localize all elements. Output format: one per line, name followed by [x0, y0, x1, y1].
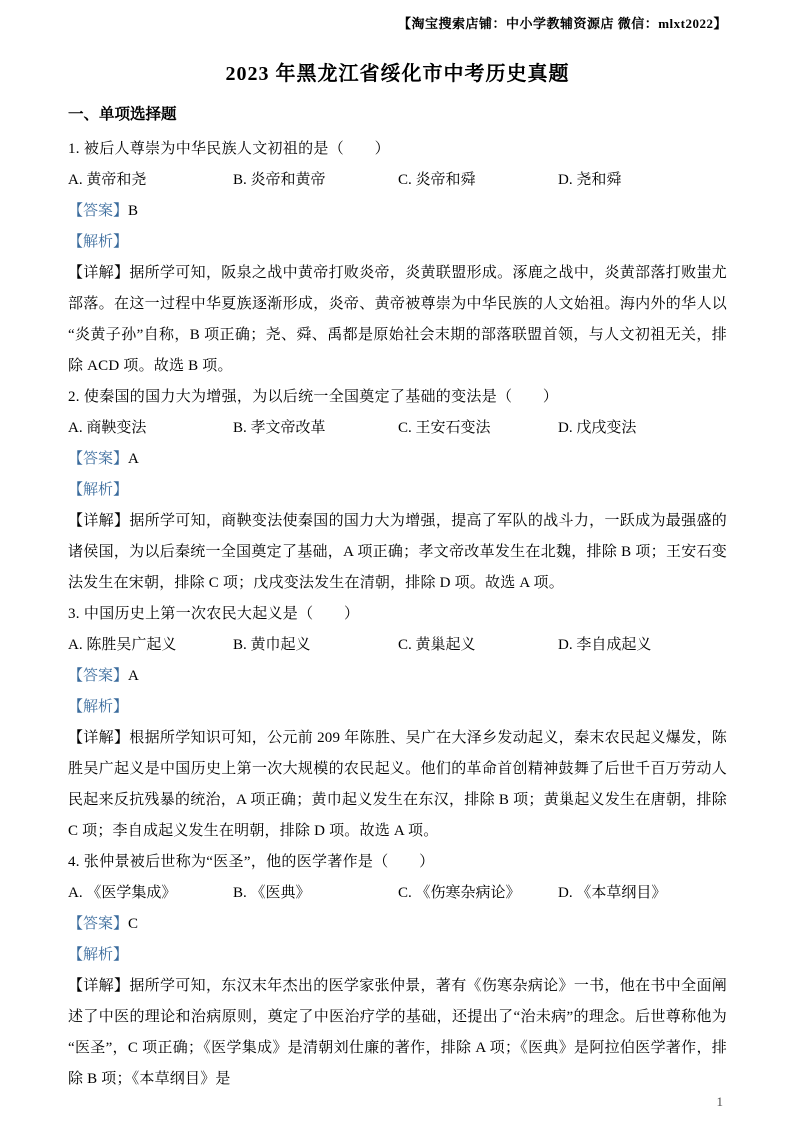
option-b: B. 黄巾起义: [233, 630, 398, 661]
answer-label: 【答案】: [68, 451, 128, 467]
detail-text: 据所学可知，东汉末年杰出的医学家张仲景，著有《伤寒杂病论》一书，他在书中全面阐述…: [68, 978, 727, 1087]
option-d: D. 李自成起义: [558, 630, 727, 661]
answer-line: 【答案】A: [68, 661, 727, 692]
answer-line: 【答案】B: [68, 196, 727, 227]
detail-text: 根据所学知识可知，公元前 209 年陈胜、吴广在大泽乡发动起义，秦末农民起义爆发…: [68, 730, 727, 839]
answer-value: B: [128, 203, 138, 219]
question-block-1: 1. 被后人尊崇为中华民族人文初祖的是（ ） A. 黄帝和尧 B. 炎帝和黄帝 …: [68, 134, 727, 382]
option-d: D. 戊戌变法: [558, 413, 727, 444]
analysis-line: 【解析】: [68, 692, 727, 723]
answer-label: 【答案】: [68, 668, 128, 684]
detail-text: 据所学可知，阪泉之战中黄帝打败炎帝，炎黄联盟形成。涿鹿之战中，炎黄部落打败蚩尤部…: [68, 265, 727, 374]
option-a: A. 陈胜吴广起义: [68, 630, 233, 661]
option-d: D. 《本草纲目》: [558, 878, 727, 909]
question-stem: 4. 张仲景被后世称为“医圣”，他的医学著作是（ ）: [68, 847, 727, 878]
option-b: B. 孝文帝改革: [233, 413, 398, 444]
answer-value: A: [128, 451, 139, 467]
option-a: A. 《医学集成》: [68, 878, 233, 909]
option-c: C. 黄巢起义: [398, 630, 558, 661]
option-c: C. 炎帝和舜: [398, 165, 558, 196]
answer-value: A: [128, 668, 139, 684]
analysis-line: 【解析】: [68, 475, 727, 506]
question-stem: 1. 被后人尊崇为中华民族人文初祖的是（ ）: [68, 134, 727, 165]
detail-paragraph: 【详解】据所学可知，商鞅变法使秦国的国力大为增强，提高了军队的战斗力，一跃成为最…: [68, 506, 727, 599]
questions-content: 1. 被后人尊崇为中华民族人文初祖的是（ ） A. 黄帝和尧 B. 炎帝和黄帝 …: [68, 134, 727, 1095]
answer-label: 【答案】: [68, 203, 128, 219]
analysis-label: 【解析】: [68, 699, 128, 715]
analysis-label: 【解析】: [68, 482, 128, 498]
question-block-2: 2. 使秦国的国力大为增强，为以后统一全国奠定了基础的变法是（ ） A. 商鞅变…: [68, 382, 727, 599]
question-block-4: 4. 张仲景被后世称为“医圣”，他的医学著作是（ ） A. 《医学集成》 B. …: [68, 847, 727, 1095]
option-d: D. 尧和舜: [558, 165, 727, 196]
option-c: C. 王安石变法: [398, 413, 558, 444]
option-a: A. 商鞅变法: [68, 413, 233, 444]
analysis-line: 【解析】: [68, 227, 727, 258]
question-stem: 2. 使秦国的国力大为增强，为以后统一全国奠定了基础的变法是（ ）: [68, 382, 727, 413]
document-page: 【淘宝搜索店铺：中小学教辅资源店 微信：mlxt2022】 2023 年黑龙江省…: [0, 0, 793, 1095]
detail-label: 【详解】: [68, 513, 129, 529]
analysis-label: 【解析】: [68, 947, 128, 963]
options-row: A. 商鞅变法 B. 孝文帝改革 C. 王安石变法 D. 戊戌变法: [68, 413, 727, 444]
option-a: A. 黄帝和尧: [68, 165, 233, 196]
option-b: B. 《医典》: [233, 878, 398, 909]
page-number: 1: [717, 1094, 724, 1110]
detail-label: 【详解】: [68, 978, 129, 994]
options-row: A. 黄帝和尧 B. 炎帝和黄帝 C. 炎帝和舜 D. 尧和舜: [68, 165, 727, 196]
answer-value: C: [128, 916, 138, 932]
section-heading: 一、单项选择题: [68, 104, 727, 126]
detail-paragraph: 【详解】据所学可知，东汉末年杰出的医学家张仲景，著有《伤寒杂病论》一书，他在书中…: [68, 971, 727, 1095]
option-c: C. 《伤寒杂病论》: [398, 878, 558, 909]
options-row: A. 陈胜吴广起义 B. 黄巾起义 C. 黄巢起义 D. 李自成起义: [68, 630, 727, 661]
detail-paragraph: 【详解】据所学可知，阪泉之战中黄帝打败炎帝，炎黄联盟形成。涿鹿之战中，炎黄部落打…: [68, 258, 727, 382]
analysis-line: 【解析】: [68, 940, 727, 971]
answer-line: 【答案】C: [68, 909, 727, 940]
question-block-3: 3. 中国历史上第一次农民大起义是（ ） A. 陈胜吴广起义 B. 黄巾起义 C…: [68, 599, 727, 847]
shop-header: 【淘宝搜索店铺：中小学教辅资源店 微信：mlxt2022】: [68, 14, 727, 34]
detail-label: 【详解】: [68, 730, 129, 746]
detail-label: 【详解】: [68, 265, 129, 281]
detail-text: 据所学可知，商鞅变法使秦国的国力大为增强，提高了军队的战斗力，一跃成为最强盛的诸…: [68, 513, 727, 591]
page-title: 2023 年黑龙江省绥化市中考历史真题: [68, 60, 727, 88]
answer-line: 【答案】A: [68, 444, 727, 475]
option-b: B. 炎帝和黄帝: [233, 165, 398, 196]
analysis-label: 【解析】: [68, 234, 128, 250]
answer-label: 【答案】: [68, 916, 128, 932]
question-stem: 3. 中国历史上第一次农民大起义是（ ）: [68, 599, 727, 630]
options-row: A. 《医学集成》 B. 《医典》 C. 《伤寒杂病论》 D. 《本草纲目》: [68, 878, 727, 909]
detail-paragraph: 【详解】根据所学知识可知，公元前 209 年陈胜、吴广在大泽乡发动起义，秦末农民…: [68, 723, 727, 847]
